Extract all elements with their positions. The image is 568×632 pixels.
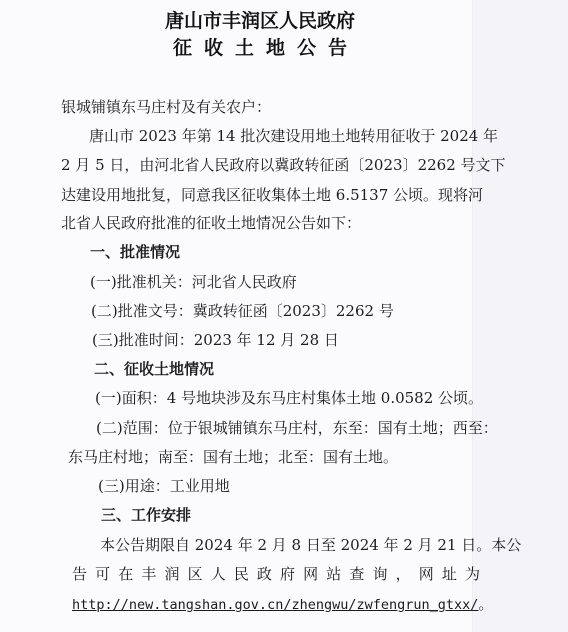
url-suffix: 。: [478, 595, 493, 613]
intro-line: 唐山市 2023 年第 14 批次建设用地土地转用征收于 2024 年: [89, 126, 461, 146]
intro-line: 达建设用地批复，同意我区征收集体土地 6.5137 公顷。现将河: [61, 185, 461, 205]
section-line: 本公告期限自 2024 年 2 月 8 日至 2024 年 2 月 21 日。本…: [100, 535, 480, 555]
section-item: (二)范围：位于银城铺镇东马庄村，东至：国有土地；西至：: [96, 418, 472, 438]
notice-title: 征收土地公告: [6, 33, 526, 60]
salutation: 银城铺镇东马庄村及有关农户：: [61, 97, 271, 117]
section-item: (三)批准时间：2023 年 12 月 28 日: [92, 330, 339, 350]
section-item: (一)批准机关：河北省人民政府: [90, 272, 297, 292]
section-heading: 一、批准情况: [90, 242, 180, 262]
section-item: 东马庄村地；南至：国有土地；北至：国有土地。: [68, 447, 398, 467]
website-link[interactable]: http://new.tangshan.gov.cn/zhengwu/zwfen…: [72, 597, 478, 613]
url-line: http://new.tangshan.gov.cn/zhengwu/zwfen…: [72, 594, 493, 615]
intro-line: 2 月 5 日，由河北省人民政府以冀政转征函〔2023〕2262 号文下: [61, 155, 461, 175]
section-heading: 三、工作安排: [101, 505, 191, 525]
intro-line: 北省人民政府批准的征收土地情况公告如下：: [61, 213, 361, 233]
section-line: 告可在丰润区人民政府网站查询，网址为: [72, 564, 480, 584]
notice-page: 唐山市丰润区人民政府 征收土地公告 银城铺镇东马庄村及有关农户： 唐山市 202…: [0, 0, 568, 632]
section-heading: 二、征收土地情况: [94, 359, 214, 379]
section-item: (二)批准文号：冀政转征函〔2023〕2262 号: [91, 301, 394, 321]
section-item: (一)面积：4 号地块涉及东马庄村集体土地 0.0582 公顷。: [95, 388, 483, 408]
section-item: (三)用途：工业用地: [98, 476, 230, 496]
issuer-title: 唐山市丰润区人民政府: [0, 6, 520, 33]
